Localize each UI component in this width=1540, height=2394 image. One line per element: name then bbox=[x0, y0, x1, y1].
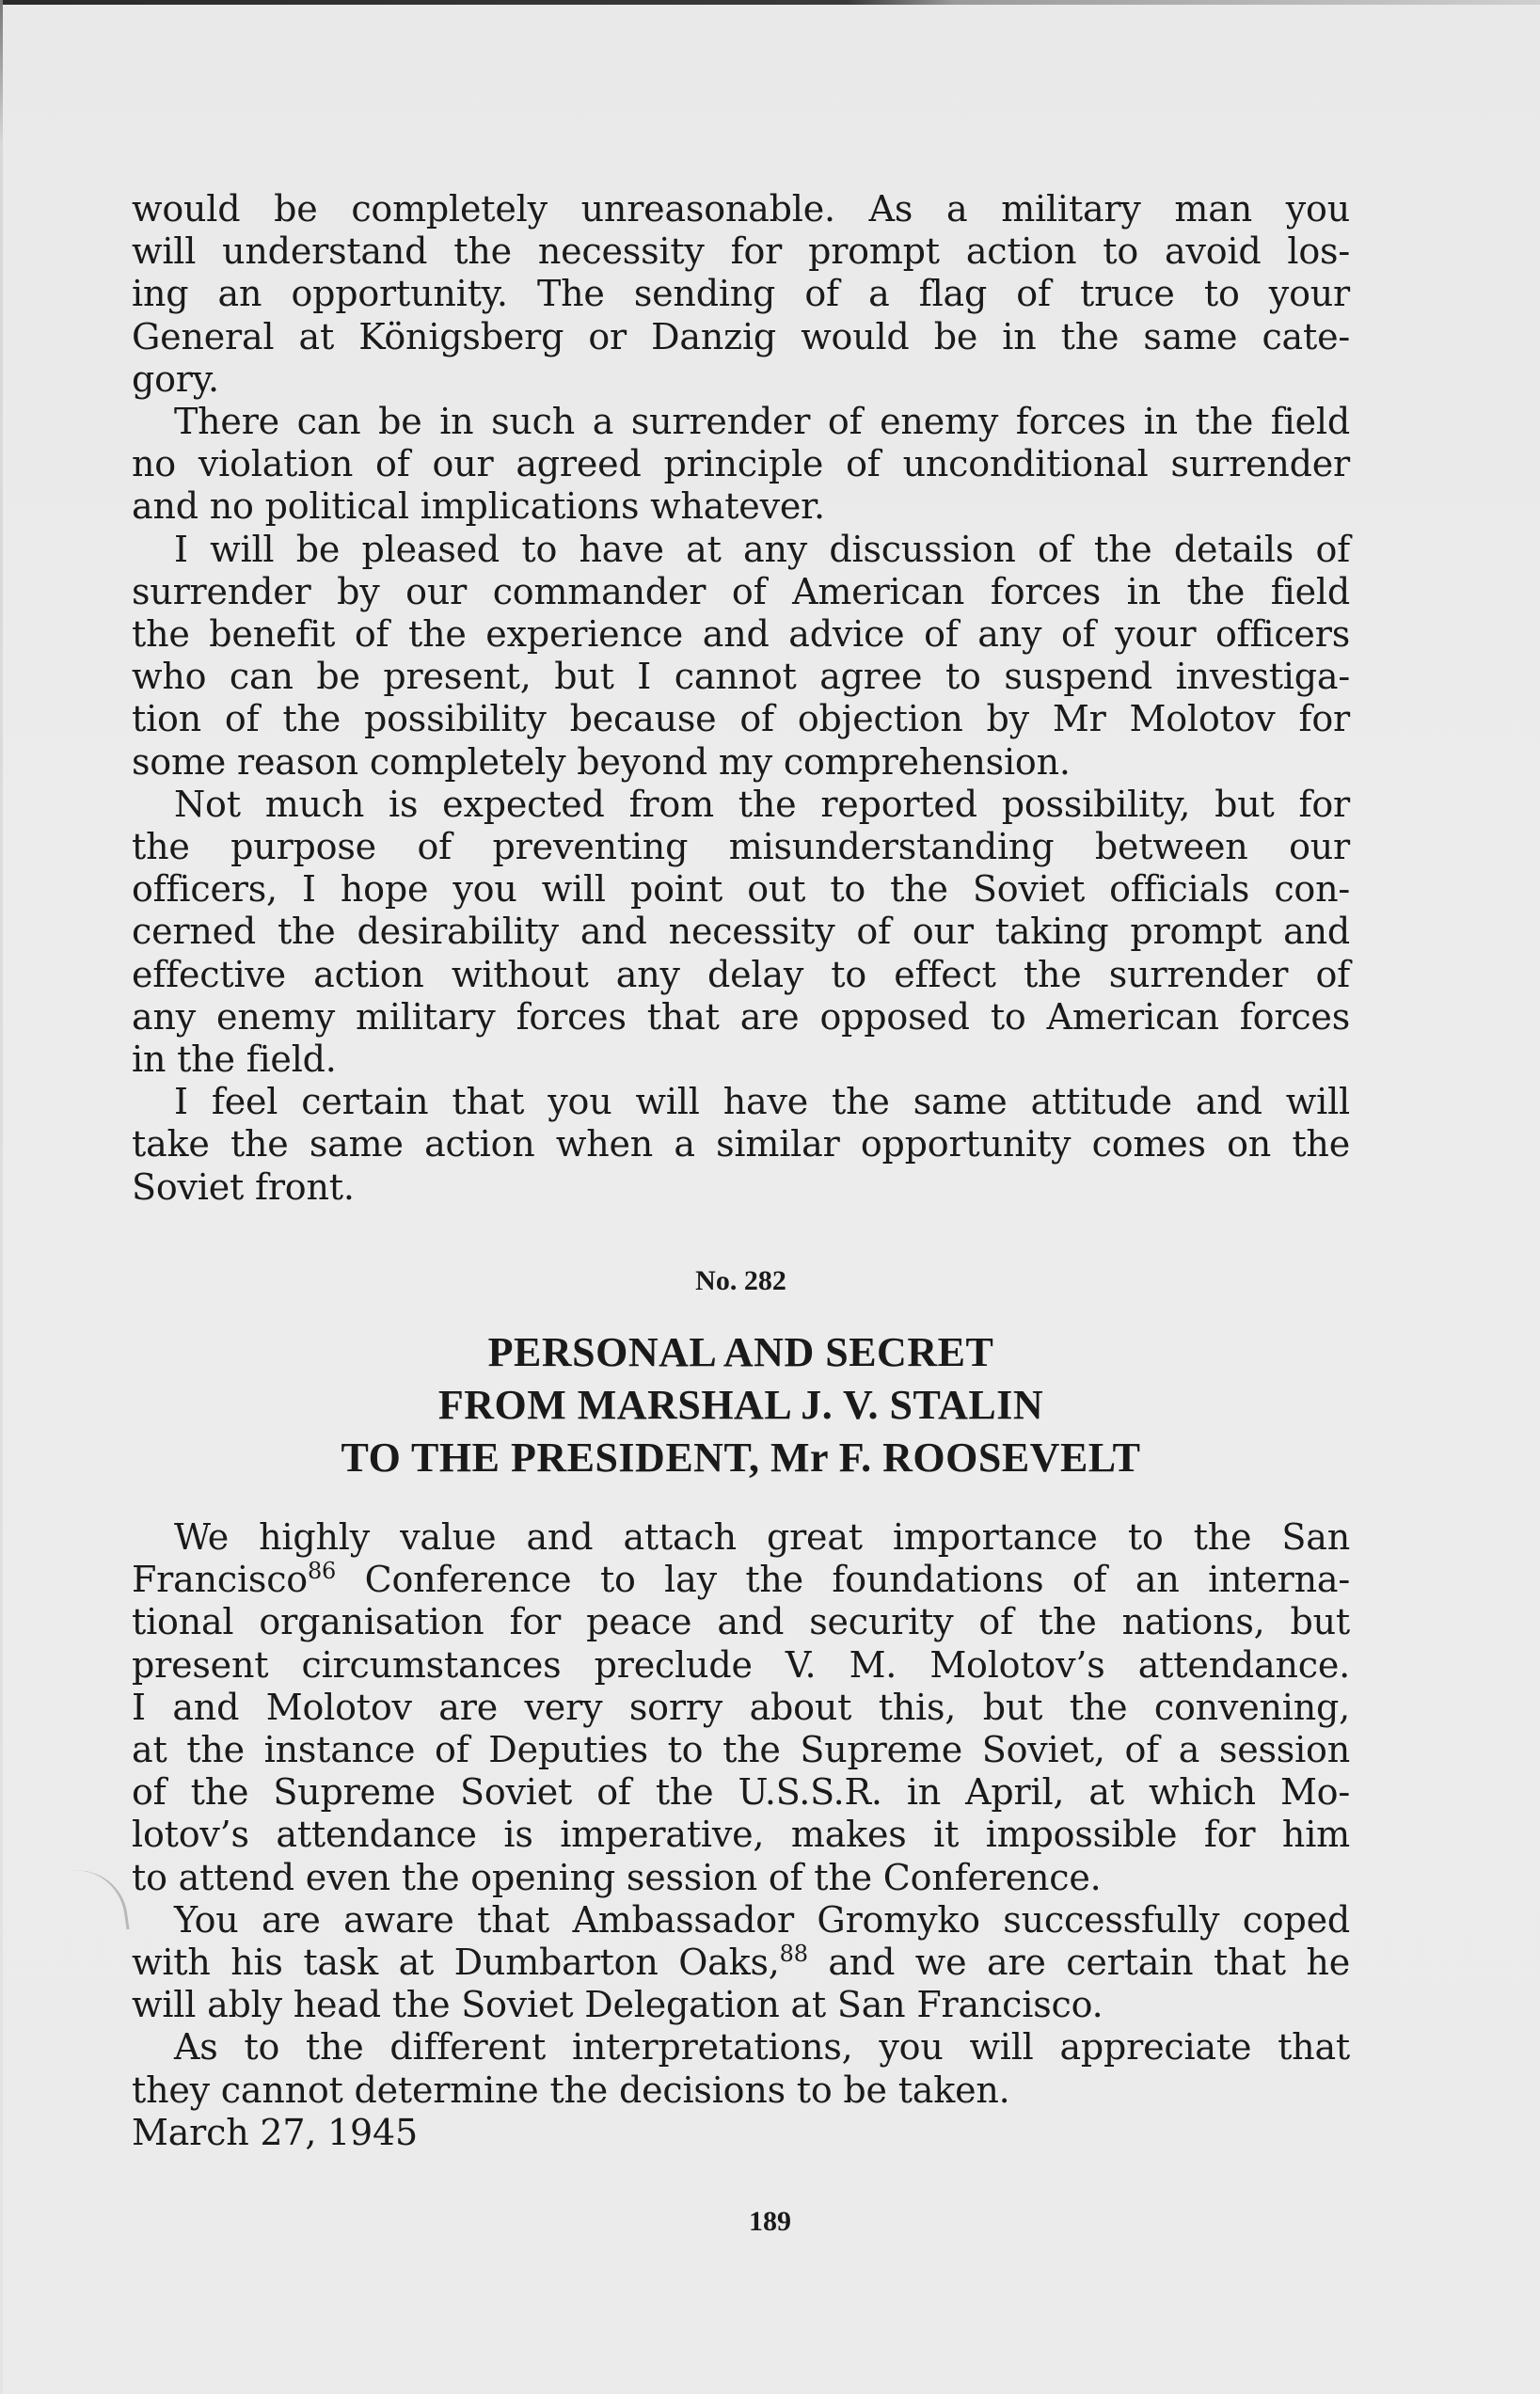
text-line: would be completely unreasonable. As a m… bbox=[132, 188, 1350, 230]
text-line: tional organisation for peace and securi… bbox=[132, 1601, 1350, 1643]
page-number: 189 bbox=[0, 2206, 1540, 2238]
message-date: March 27, 1945 bbox=[132, 2112, 1350, 2154]
text-line: I and Molotov are very sorry about this,… bbox=[132, 1687, 1350, 1729]
text-line: who can be present, but I cannot agree t… bbox=[132, 656, 1350, 698]
text-line: gory. bbox=[132, 358, 1350, 401]
text-line: at the instance of Deputies to the Supre… bbox=[132, 1729, 1350, 1771]
text-line: lotov’s attendance is imperative, makes … bbox=[132, 1814, 1350, 1856]
text-line: present circumstances preclude V. M. Mol… bbox=[132, 1644, 1350, 1687]
text-line: surrender by our commander of American f… bbox=[132, 571, 1350, 613]
text-line: You are aware that Ambassador Gromyko su… bbox=[174, 1899, 1350, 1942]
text-line: of the Supreme Soviet of the U.S.S.R. in… bbox=[132, 1771, 1350, 1814]
heading-line: TO THE PRESIDENT, Mr F. ROOSEVELT bbox=[132, 1434, 1350, 1482]
text-line: will understand the necessity for prompt… bbox=[132, 230, 1350, 273]
footnote-reference: 86 bbox=[308, 1558, 336, 1584]
text-line: effective action without any delay to ef… bbox=[132, 954, 1350, 996]
text-line: will ably head the Soviet Delegation at … bbox=[132, 1984, 1350, 2026]
footnote-reference: 88 bbox=[780, 1941, 808, 1967]
text-line: the benefit of the experience and advice… bbox=[132, 613, 1350, 656]
page-top-edge-shadow bbox=[0, 0, 1540, 5]
page-left-edge-shadow bbox=[0, 0, 3, 2394]
message-number: No. 282 bbox=[132, 1265, 1350, 1297]
text-line: cerned the desirability and necessity of… bbox=[132, 911, 1350, 953]
pencil-margin-mark bbox=[71, 1864, 129, 1937]
text-line: Not much is expected from the reported p… bbox=[174, 784, 1350, 826]
text-line: tion of the possibility because of objec… bbox=[132, 698, 1350, 740]
text-line: with his task at Dumbarton Oaks,88 and w… bbox=[132, 1942, 1350, 1984]
text-line: any enemy military forces that are oppos… bbox=[132, 996, 1350, 1038]
text-line: to attend even the opening session of th… bbox=[132, 1857, 1350, 1899]
text-line: officers, I hope you will point out to t… bbox=[132, 868, 1350, 911]
text-line: some reason completely beyond my compreh… bbox=[132, 741, 1350, 784]
heading-line: PERSONAL AND SECRET bbox=[132, 1328, 1350, 1376]
text-line: There can be in such a surrender of enem… bbox=[174, 401, 1350, 443]
text-line: ing an opportunity. The sending of a fla… bbox=[132, 273, 1350, 315]
text-line: they cannot determine the decisions to b… bbox=[132, 2069, 1350, 2112]
text-line: and no political implications whatever. bbox=[132, 485, 1350, 528]
text-line: Soviet front. bbox=[132, 1166, 1350, 1209]
book-page: would be completely unreasonable. As a m… bbox=[0, 0, 1540, 2394]
text-line: General at Königsberg or Danzig would be… bbox=[132, 316, 1350, 358]
text-line: I feel certain that you will have the sa… bbox=[174, 1081, 1350, 1123]
text-line: in the field. bbox=[132, 1038, 1350, 1081]
heading-line: FROM MARSHAL J. V. STALIN bbox=[132, 1381, 1350, 1429]
text-line: As to the different interpretations, you… bbox=[174, 2026, 1350, 2069]
text-line: Francisco86 Conference to lay the founda… bbox=[132, 1559, 1350, 1601]
text-line: no violation of our agreed principle of … bbox=[132, 443, 1350, 485]
text-line: I will be pleased to have at any discuss… bbox=[174, 529, 1350, 571]
text-line: the purpose of preventing misunderstandi… bbox=[132, 826, 1350, 868]
text-line: We highly value and attach great importa… bbox=[174, 1516, 1350, 1559]
text-line: take the same action when a similar oppo… bbox=[132, 1123, 1350, 1165]
